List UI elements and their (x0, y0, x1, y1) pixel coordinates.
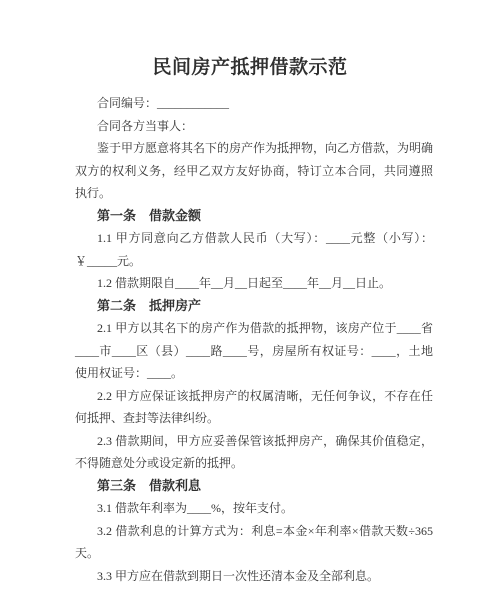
section-3-heading: 第三条 借款利息 (75, 475, 433, 498)
preamble-paragraph: 鉴于甲方愿意将其名下的房产作为抵押物，向乙方借款，为明确双方的权利义务，经甲乙双… (75, 137, 433, 205)
document-title: 民间房产抵押借款示范 (0, 54, 500, 82)
clause-1-2: 1.2 借款期限自____年__月__日起至____年__月__日止。 (75, 272, 433, 295)
section-1-heading: 第一条 借款金额 (75, 205, 433, 228)
section-2-heading: 第二条 抵押房产 (75, 295, 433, 318)
parties-heading: 合同各方当事人： (75, 115, 433, 138)
contract-number-line: 合同编号：____________ (75, 92, 433, 115)
contract-document-page: 民间房产抵押借款示范 合同编号：____________ 合同各方当事人： 鉴于… (0, 0, 500, 597)
clause-3-1: 3.1 借款年利率为____%，按年支付。 (75, 497, 433, 520)
clause-3-2: 3.2 借款利息的计算方式为：利息=本金×年利率×借款天数÷365 天。 (75, 520, 433, 565)
clause-1-1: 1.1 甲方同意向乙方借款人民币（大写）：____元整（小写）：￥_____元。 (75, 227, 433, 272)
clause-2-1: 2.1 甲方以其名下的房产作为借款的抵押物，该房产位于____省____市___… (75, 317, 433, 385)
contract-number-blank: ____________ (157, 96, 229, 110)
clause-2-2: 2.2 甲方应保证该抵押房产的权属清晰，无任何争议，不存在任何抵押、查封等法律纠… (75, 385, 433, 430)
clause-3-3: 3.3 甲方应在借款到期日一次性还清本金及全部利息。 (75, 565, 433, 588)
contract-number-label: 合同编号： (97, 96, 157, 110)
clause-2-3: 2.3 借款期间，甲方应妥善保管该抵押房产，确保其价值稳定，不得随意处分或设定新… (75, 430, 433, 475)
